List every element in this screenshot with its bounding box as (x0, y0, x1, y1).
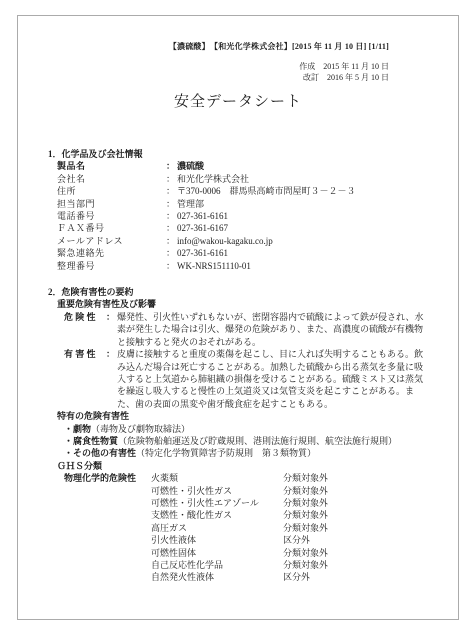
field-label: 担当部門 (57, 198, 166, 210)
info-row: 整理番号：WK-NRS151110-01 (57, 260, 458, 272)
field-value: WK-NRS151110-01 (177, 260, 458, 272)
colon: ： (166, 185, 177, 197)
ghs-row: 物理化学的危険性火薬類分類対象外 (64, 472, 458, 484)
created-date: 2015 年 11 月 10 日 (323, 62, 389, 71)
ghs-row: 可燃性・引火性ガス分類対象外 (64, 485, 458, 497)
ghs-category: 物理化学的危険性 (64, 472, 151, 484)
list-item: ・劇物（毒物及び劇物取締法） (64, 423, 458, 435)
hazard-class-law: （毒物及び劇物取締法） (91, 424, 190, 434)
colon: ： (166, 222, 177, 234)
field-value: 〒370-0006 群馬県高崎市問屋町３－２－３ (177, 185, 458, 197)
ghs-class-name: 可燃性・引火性エアゾール (151, 497, 283, 509)
field-label: 緊急連絡先 (57, 247, 166, 259)
bullet-icon: ・ (64, 448, 73, 458)
field-value: info@wakou-kagaku.co.jp (177, 235, 458, 247)
field-label: 整理番号 (57, 260, 166, 272)
bullet-icon: ・ (64, 424, 73, 434)
colon: ： (106, 311, 117, 348)
ghs-classification: 分類対象外 (283, 485, 458, 497)
ghs-class-name: 可燃性・引火性ガス (151, 485, 283, 497)
ghs-category (64, 509, 151, 521)
list-item: ・その他の有害性（特定化学物質障害予防規則 第３類物質） (64, 447, 458, 459)
ghs-classification: 分類対象外 (283, 497, 458, 509)
date-block: 作成 2015 年 11 月 10 日 改訂 2016 年 5 月 10 日 (18, 61, 389, 83)
document-title: 安全データシート (18, 92, 458, 112)
field-label: 会社名 (57, 173, 166, 185)
info-row: ＦＡＸ番号：027-361-6167 (57, 222, 458, 234)
ghs-table: 物理化学的危険性火薬類分類対象外可燃性・引火性ガス分類対象外可燃性・引火性エアゾ… (18, 472, 458, 584)
list-item: ・腐食性物質（危険物船舶運送及び貯蔵規則、港則法施行規則、航空法施行規則） (64, 435, 458, 447)
field-label: 電話番号 (57, 210, 166, 222)
important-hazards-heading: 重要危険有害性及び影響 (57, 298, 458, 310)
colon: ： (166, 198, 177, 210)
created-label: 作成 (299, 62, 315, 71)
ghs-heading: ＧＨＳ分類 (57, 460, 458, 472)
hazard-class-law: （特定化学物質障害予防規則 第３類物質） (136, 448, 316, 458)
ghs-category (64, 485, 151, 497)
ghs-class-name: 火薬類 (151, 472, 283, 484)
ghs-category (64, 571, 151, 583)
hazard-row: 危 険 性 ： 爆発性、引火性いずれもないが、密閉容器内で硫酸によって鉄が侵され… (64, 311, 458, 348)
field-value: 027-361-6161 (177, 210, 458, 222)
revised-label: 改訂 (303, 73, 319, 82)
hazard-label: 危 険 性 (64, 311, 106, 348)
ghs-classification: 分類対象外 (283, 559, 458, 571)
ghs-row: 自己反応性化学品分類対象外 (64, 559, 458, 571)
ghs-class-name: 自己反応性化学品 (151, 559, 283, 571)
section-company-info: 1．化学品及び会社情報 製品名：濃硫酸会社名：和光化学株式会社住所：〒370-0… (18, 148, 458, 272)
info-row: 緊急連絡先：027-361-6161 (57, 247, 458, 259)
ghs-classification: 分類対象外 (283, 472, 458, 484)
field-label: メールアドレス (57, 235, 166, 247)
ghs-row: 可燃性固体分類対象外 (64, 547, 458, 559)
info-row: 会社名：和光化学株式会社 (57, 173, 458, 185)
revised-date-line: 改訂 2016 年 5 月 10 日 (18, 72, 389, 83)
created-date-line: 作成 2015 年 11 月 10 日 (18, 61, 389, 72)
info-row: 担当部門：管理部 (57, 198, 458, 210)
info-row: 製品名：濃硫酸 (57, 160, 458, 172)
section1-heading: 1．化学品及び会社情報 (48, 148, 458, 160)
ghs-class-name: 支燃性・酸化性ガス (151, 509, 283, 521)
hazard-text: 爆発性、引火性いずれもないが、密閉容器内で硫酸によって鉄が侵され、水素が発生した… (117, 311, 429, 348)
info-row: 住所：〒370-0006 群馬県高崎市問屋町３－２－３ (57, 185, 458, 197)
ghs-row: 支燃性・酸化性ガス分類対象外 (64, 509, 458, 521)
running-header: 【濃硫酸】 【和光化学株式会社】[2015 年 11 月 10 日] [1/11… (18, 42, 389, 52)
document-page: 【濃硫酸】 【和光化学株式会社】[2015 年 11 月 10 日] [1/11… (17, 15, 459, 620)
colon: ： (166, 260, 177, 272)
ghs-classification: 区分外 (283, 534, 458, 546)
field-label: ＦＡＸ番号 (57, 222, 166, 234)
section-hazard-summary: 2．危険有害性の要約 重要危険有害性及び影響 危 険 性 ： 爆発性、引火性いず… (18, 286, 458, 584)
section2-heading: 2．危険有害性の要約 (48, 286, 458, 298)
ghs-row: 引火性液体区分外 (64, 534, 458, 546)
ghs-class-name: 可燃性固体 (151, 547, 283, 559)
hazard-class-name: 劇物 (73, 424, 91, 434)
field-value: 濃硫酸 (177, 160, 458, 172)
harm-row: 有 害 性 ： 皮膚に接触すると重度の薬傷を起こし、目に入れば失明することもある… (64, 348, 458, 410)
ghs-category (64, 522, 151, 534)
ghs-category (64, 497, 151, 509)
ghs-row: 高圧ガス分類対象外 (64, 522, 458, 534)
harm-label: 有 害 性 (64, 348, 106, 410)
info-row: 電話番号：027-361-6161 (57, 210, 458, 222)
colon: ： (106, 348, 117, 410)
hazard-class-name: その他の有害性 (73, 448, 136, 458)
colon: ： (166, 247, 177, 259)
info-row: メールアドレス：info@wakou-kagaku.co.jp (57, 235, 458, 247)
colon: ： (166, 210, 177, 222)
field-value: 和光化学株式会社 (177, 173, 458, 185)
field-value: 027-361-6161 (177, 247, 458, 259)
bullet-icon: ・ (64, 436, 73, 446)
specific-hazard-list: ・劇物（毒物及び劇物取締法）・腐食性物質（危険物船舶運送及び貯蔵規則、港則法施行… (18, 423, 458, 460)
colon: ： (166, 173, 177, 185)
ghs-class-name: 自然発火性液体 (151, 571, 283, 583)
harm-text: 皮膚に接触すると重度の薬傷を起こし、目に入れば失明することもある。飲み込んだ場合… (117, 348, 429, 410)
ghs-category (64, 534, 151, 546)
ghs-category (64, 547, 151, 559)
specific-hazards-heading: 特有の危険有害性 (57, 410, 458, 422)
ghs-category (64, 559, 151, 571)
colon: ： (166, 160, 177, 172)
field-label: 住所 (57, 185, 166, 197)
ghs-classification: 分類対象外 (283, 547, 458, 559)
hazard-class-name: 腐食性物質 (73, 436, 118, 446)
company-info-rows: 製品名：濃硫酸会社名：和光化学株式会社住所：〒370-0006 群馬県高崎市問屋… (18, 160, 458, 272)
ghs-row: 自然発火性液体区分外 (64, 571, 458, 583)
ghs-class-name: 引火性液体 (151, 534, 283, 546)
field-label: 製品名 (57, 160, 166, 172)
field-value: 管理部 (177, 198, 458, 210)
colon: ： (166, 235, 177, 247)
revised-date: 2016 年 5 月 10 日 (327, 73, 389, 82)
ghs-row: 可燃性・引火性エアゾール分類対象外 (64, 497, 458, 509)
ghs-classification: 分類対象外 (283, 509, 458, 521)
ghs-classification: 区分外 (283, 571, 458, 583)
field-value: 027-361-6167 (177, 222, 458, 234)
ghs-class-name: 高圧ガス (151, 522, 283, 534)
hazard-class-law: （危険物船舶運送及び貯蔵規則、港則法施行規則、航空法施行規則） (118, 436, 397, 446)
ghs-classification: 分類対象外 (283, 522, 458, 534)
